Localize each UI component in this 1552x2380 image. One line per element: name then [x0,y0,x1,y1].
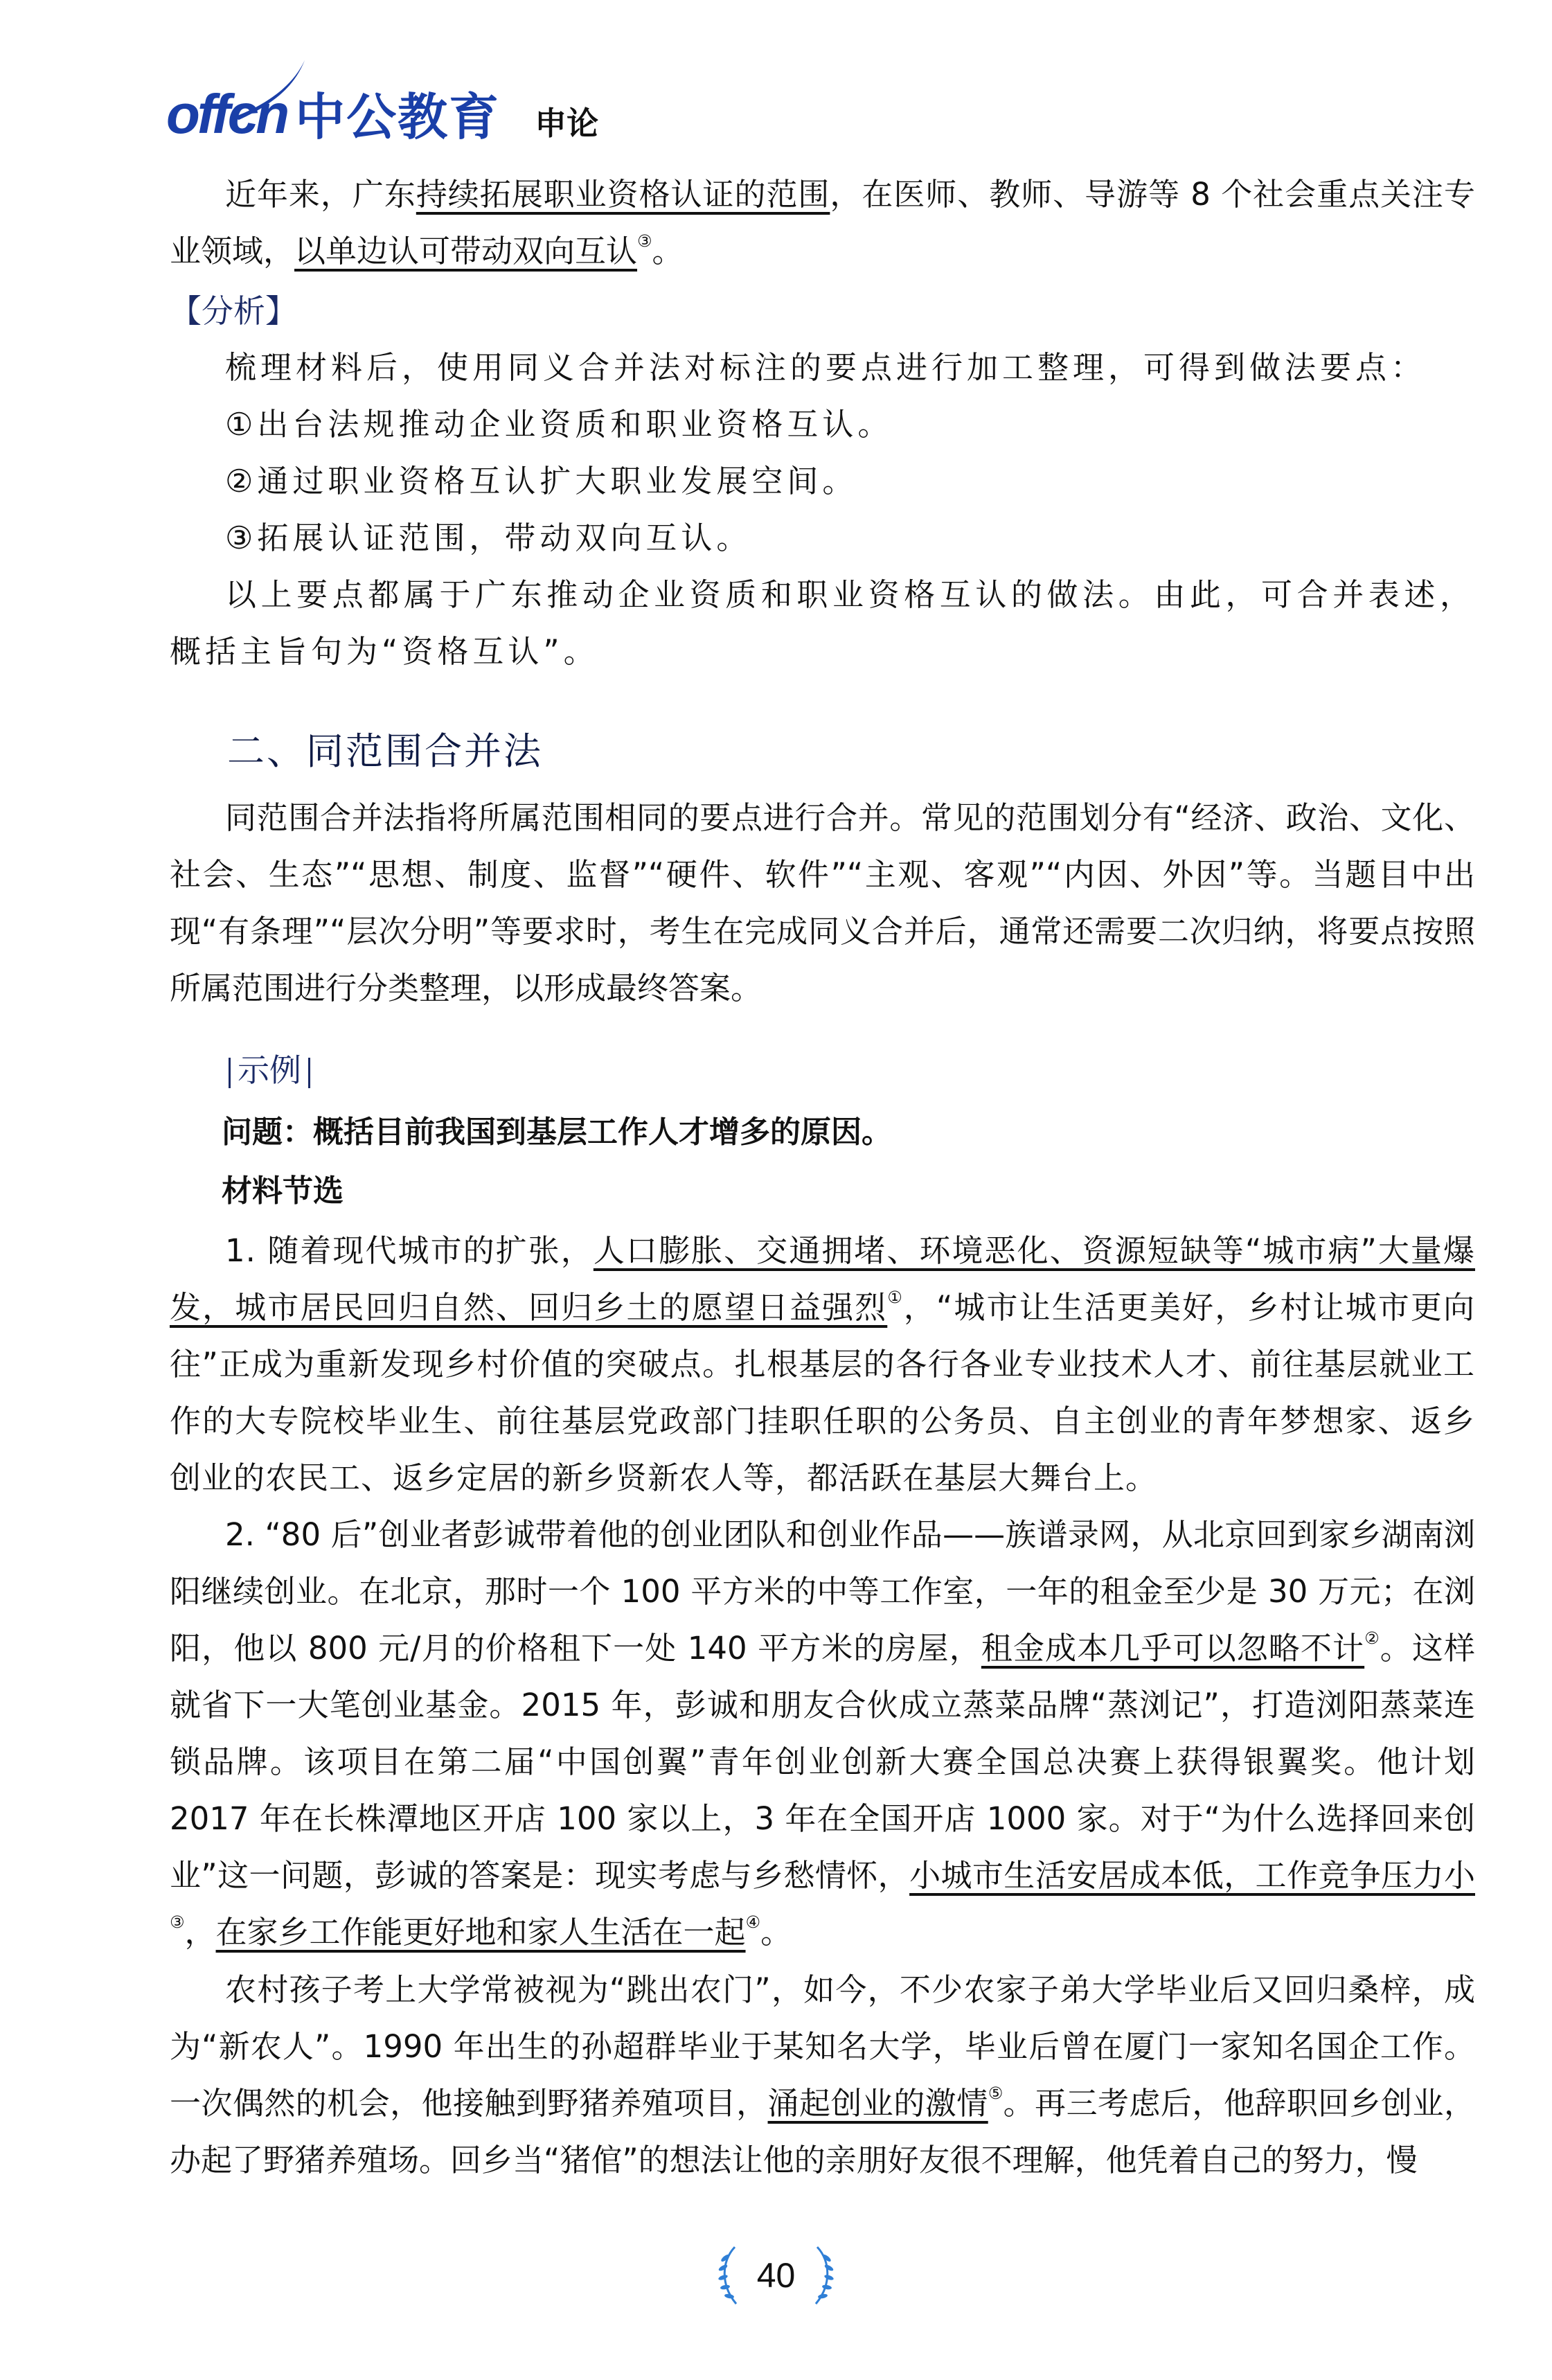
material-title: 材料节选 [222,1164,344,1219]
annotation-marker: ⑤ [988,2084,1004,2103]
laurel-right-icon [809,2244,837,2307]
analysis-point-2: ②通过职业资格互认扩大职业发展空间。 [170,453,1475,510]
intro-text: 近年来，广东 [225,176,416,213]
underlined-key-point: 以单边认可带动双向互认 [294,233,637,269]
paragraph-text: 1. 随着现代城市的扩张， [225,1232,594,1269]
underlined-key-point: 涌起创业的激情 [768,2085,988,2122]
material-paragraph-3: 农村孩子考上大学常被视为“跳出农门”，如今，不少农家子弟大学毕业后又回归桑梓，成… [170,1962,1475,2189]
annotation-marker: ② [1364,1628,1380,1648]
annotation-marker: ④ [746,1912,761,1932]
underlined-key-point: 持续拓展职业资格认证的范围 [416,176,830,213]
annotation-marker: ① [887,1288,904,1307]
divider [308,1058,310,1088]
page-number: 40 [757,2255,796,2295]
annotation-marker: ③ [637,231,652,251]
divider [229,1058,231,1088]
analysis-conclusion: 以上要点都属于广东推动企业资质和职业资格互认的做法。由此，可合并表述，概括主旨句… [170,567,1475,680]
intro-paragraph: 近年来，广东持续拓展职业资格认证的范围，在医师、教师、导游等 8 个社会重点关注… [170,166,1475,280]
underlined-key-point: 小城市生活安居成本低，工作竞争压力小 [909,1857,1475,1894]
page-footer: 40 [0,2244,1552,2307]
analysis-label: 【分析】 [170,283,297,339]
underlined-key-point: 租金成本几乎可以忽略不计 [981,1630,1364,1667]
analysis-intro: 梳理材料后，使用同义合并法对标注的要点进行加工整理，可得到做法要点： [170,339,1475,396]
page-header: offcn 中公教育 申论 [166,66,598,142]
brand-logo: offcn 中公教育 [166,87,500,142]
analysis-point-1: ①出台法规推动企业资质和职业资格互认。 [170,396,1475,453]
logo-swoosh-icon [225,59,308,121]
material-paragraph-2: 2. “80 后”创业者彭诚带着他的创业团队和创业作品——族谱录网，从北京回到家… [170,1507,1475,1961]
example-label-text: 示例 [238,1051,301,1089]
subject-label: 申论 [535,107,598,142]
laurel-left-icon [715,2244,743,2307]
material-paragraph-1: 1. 随着现代城市的扩张，人口膨胀、交通拥堵、环境恶化、资源短缺等“城市病”大量… [170,1223,1475,1507]
paragraph-text: 。 [760,1914,792,1951]
underlined-key-point: 在家乡工作能更好地和家人生活在一起 [216,1914,746,1951]
example-label: 示例 [222,1042,317,1098]
section-body: 同范围合并法指将所属范围相同的要点进行合并。常见的范围划分有“经济、政治、文化、… [170,790,1475,1017]
annotation-marker: ③ [170,1912,185,1932]
example-question: 问题：概括目前我国到基层工作人才增多的原因。 [222,1105,892,1160]
paragraph-text: ， [185,1914,216,1951]
paragraph-text: 。这样就省下一大笔创业基金。2015 年，彭诚和朋友合伙成立蒸菜品牌“蒸浏记”，… [170,1630,1475,1894]
document-page: offcn 中公教育 申论 近年来，广东持续拓展职业资格认证的范围，在医师、教师… [0,0,1552,2380]
section-heading: 二、同范围合并法 [227,724,543,779]
intro-text: 。 [652,233,684,269]
analysis-point-3: ③拓展认证范围，带动双向互认。 [170,510,1475,567]
logo-chinese-text: 中公教育 [295,92,500,142]
